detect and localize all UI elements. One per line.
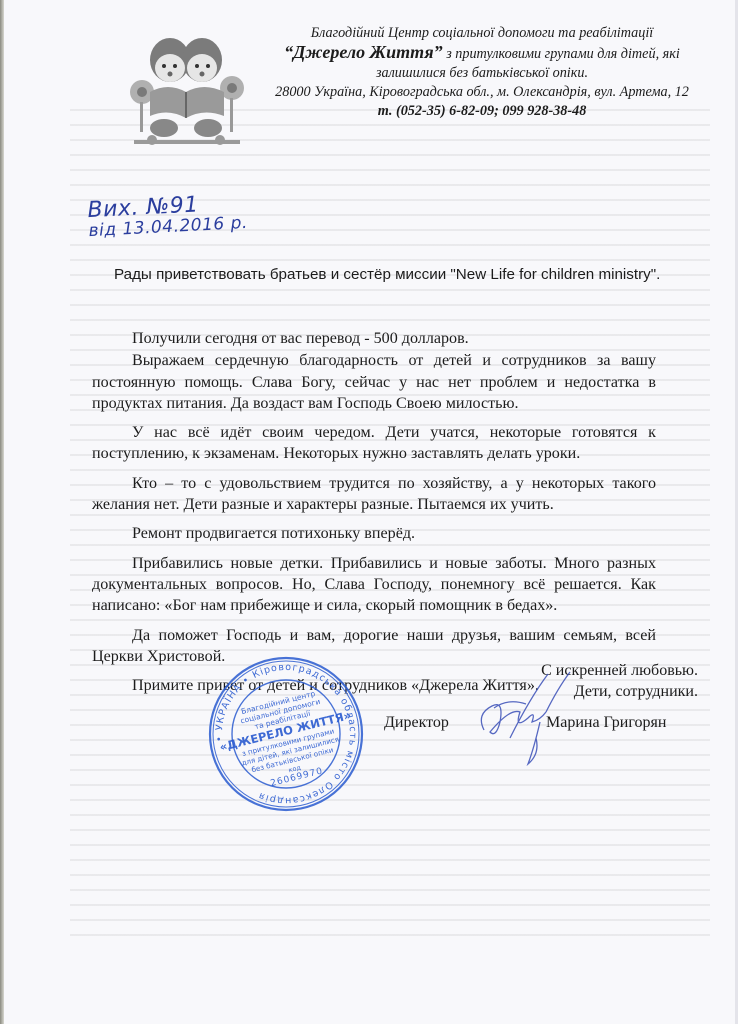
letterhead-org-description: Благодійний Центр соціальної допомоги та… [262,24,702,43]
letterhead-org-line: “Джерело Життя” з притулковими групами д… [262,43,702,64]
children-reading-book-logo-icon [128,30,246,150]
greeting: Рады приветствовать братьев и сестёр мис… [114,266,660,283]
letterhead-org-description-end: залишилися без батьківської опіки. [262,64,702,83]
org-description-suffix: з притулковими групами для дітей, які [443,46,680,62]
letterhead-phone: т. (052-35) 6-82-09; 099 928-38-48 [262,102,702,121]
paragraph: Выражаем сердечную благодарность от дете… [92,350,656,414]
letter-body: Получили сегодня от вас перевод - 500 до… [92,328,656,704]
scanned-letter-page: Благодійний Центр соціальної допомоги та… [0,0,738,1024]
paragraph: У нас всё идёт своим чередом. Дети учатс… [92,422,656,465]
paragraph: Прибавились новые детки. Прибавились и н… [92,553,656,617]
org-name: “Джерело Життя” [284,42,443,62]
paragraph: Получили сегодня от вас перевод - 500 до… [92,328,656,349]
director-title: Директор [384,714,449,732]
official-stamp-icon: • УКРАЇНА • Кіровоградська область місто… [206,654,366,814]
letterhead-address: 28000 Україна, Кіровоградська обл., м. О… [262,83,702,102]
scan-left-edge [0,0,4,1024]
paragraph: Ремонт продвигается потихоньку вперёд. [92,523,656,544]
paragraph: Кто – то с удовольствием трудится по хоз… [92,473,656,516]
handwritten-registration: Вих. №91 від 13.04.2016 р. [87,192,248,242]
director-name: Марина Григорян [546,714,666,732]
letterhead: Благодійний Центр соціальної допомоги та… [262,24,702,121]
